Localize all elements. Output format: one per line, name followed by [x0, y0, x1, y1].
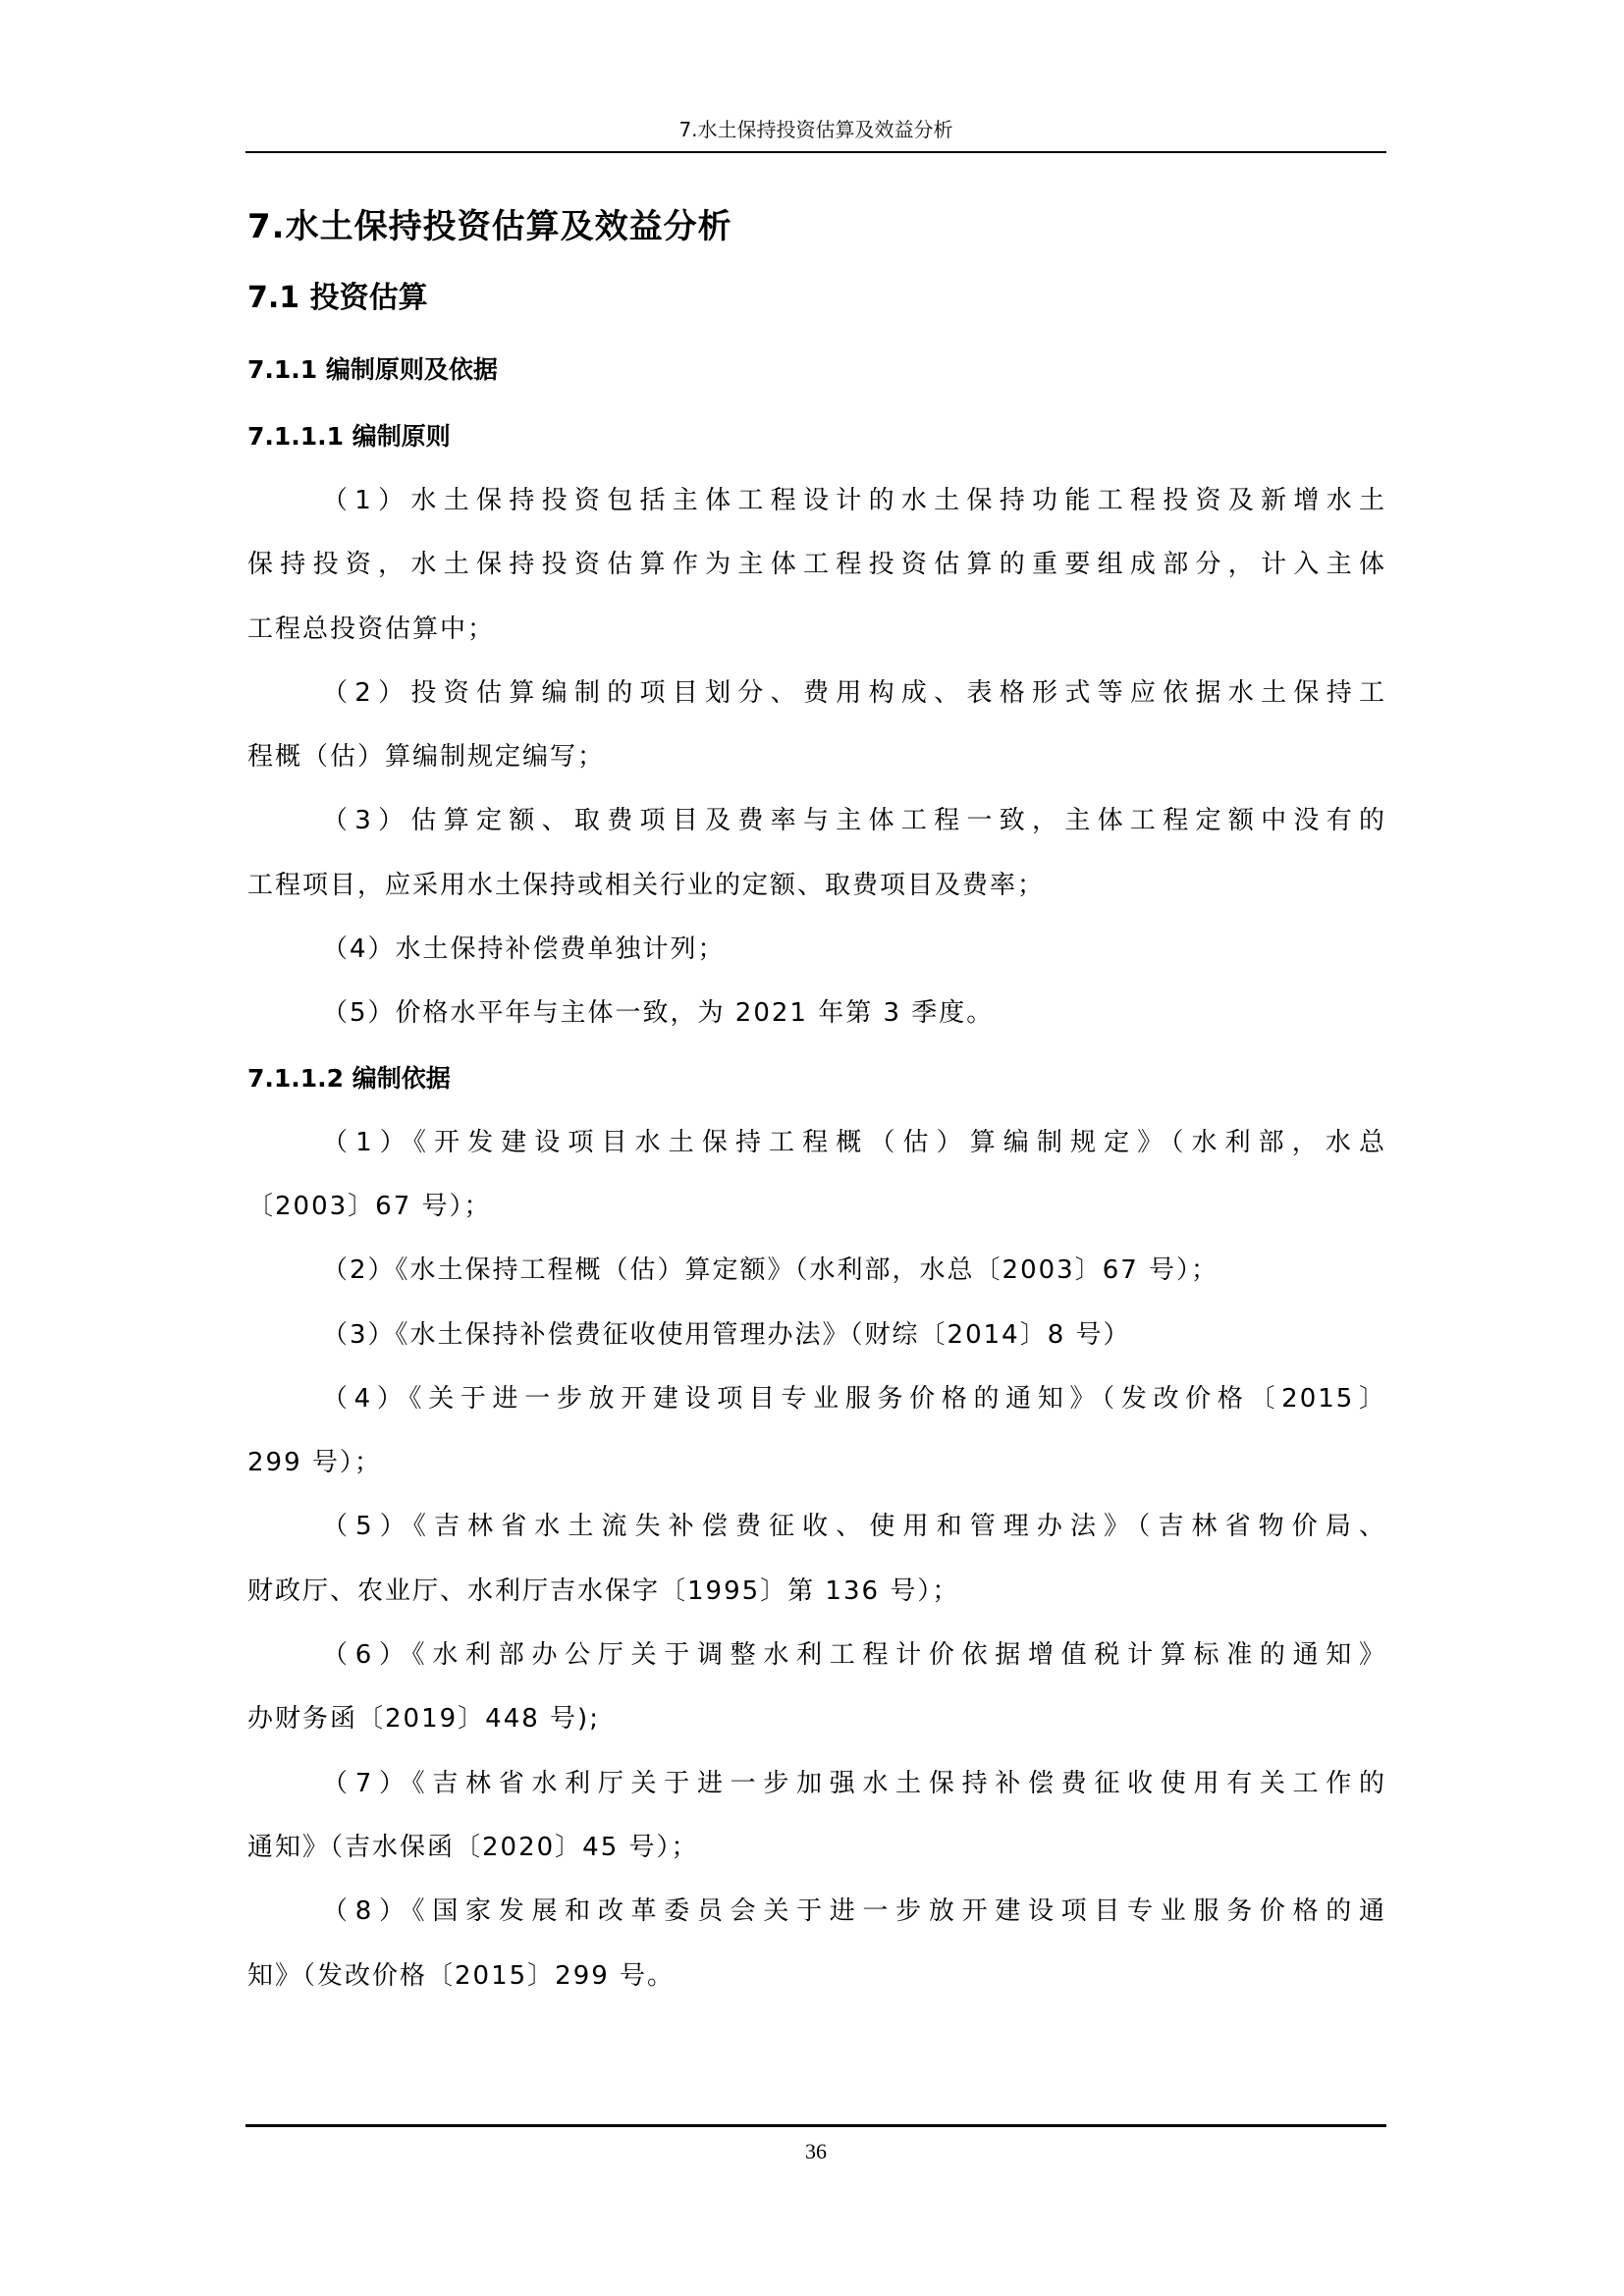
text-line: 〔2003〕67 号）；: [247, 1175, 1386, 1239]
text-line: 程概（估）算编制规定编写；: [247, 725, 1386, 789]
principle-item-5: （5）价格水平年与主体一致，为 2021 年第 3 季度。: [247, 982, 1386, 1045]
basis-item-6: （6）《水利部办公厅关于调整水利工程计价依据增值税计算标准的通知》 办财务函〔2…: [247, 1624, 1386, 1752]
basis-item-1: （1）《开发建设项目水土保持工程概（估）算编制规定》（水利部，水总 〔2003〕…: [247, 1111, 1386, 1240]
principle-item-1: （1）水土保持投资包括主体工程设计的水土保持功能工程投资及新增水土 保持投资，水…: [247, 469, 1386, 662]
running-header: 7.水土保持投资估算及效益分析: [245, 110, 1386, 149]
text-line: 财政厅、农业厅、水利厅吉水保字〔1995〕第 136 号）；: [247, 1560, 1386, 1624]
text-line: 知》（发改价格〔2015〕299 号。: [247, 1945, 1386, 2008]
text-line: 299 号）；: [247, 1431, 1386, 1495]
text-line: （5）《吉林省水土流失补偿费征收、使用和管理办法》（吉林省物价局、: [247, 1495, 1386, 1559]
text-line: （3）《水土保持补偿费征收使用管理办法》（财综〔2014〕8 号）: [247, 1304, 1386, 1367]
footer-rule: [245, 2124, 1386, 2127]
text-line: 通知》（吉水保函〔2020〕45 号）；: [247, 1816, 1386, 1880]
basis-item-3: （3）《水土保持补偿费征收使用管理办法》（财综〔2014〕8 号）: [247, 1304, 1386, 1367]
basis-item-7: （7）《吉林省水利厅关于进一步加强水土保持补偿费征收使用有关工作的 通知》（吉水…: [247, 1752, 1386, 1881]
principles-list: （1）水土保持投资包括主体工程设计的水土保持功能工程投资及新增水土 保持投资，水…: [247, 469, 1386, 1046]
text-line: （4）《关于进一步放开建设项目专业服务价格的通知》（发改价格〔2015〕: [247, 1367, 1386, 1431]
basis-item-2: （2）《水土保持工程概（估）算定额》（水利部，水总〔2003〕67 号）；: [247, 1239, 1386, 1303]
text-line: （2）《水土保持工程概（估）算定额》（水利部，水总〔2003〕67 号）；: [247, 1239, 1386, 1303]
text-line: 工程项目，应采用水土保持或相关行业的定额、取费项目及费率；: [247, 854, 1386, 918]
basis-item-4: （4）《关于进一步放开建设项目专业服务价格的通知》（发改价格〔2015〕 299…: [247, 1367, 1386, 1496]
text-line: （6）《水利部办公厅关于调整水利工程计价依据增值税计算标准的通知》: [247, 1624, 1386, 1687]
principle-item-3: （3）估算定额、取费项目及费率与主体工程一致，主体工程定额中没有的 工程项目，应…: [247, 789, 1386, 918]
basis-item-8: （8）《国家发展和改革委员会关于进一步放开建设项目专业服务价格的通 知》（发改价…: [247, 1880, 1386, 2008]
text-line: （7）《吉林省水利厅关于进一步加强水土保持补偿费征收使用有关工作的: [247, 1752, 1386, 1816]
text-line: 工程总投资估算中；: [247, 598, 1386, 662]
text-line: （1）水土保持投资包括主体工程设计的水土保持功能工程投资及新增水土: [247, 469, 1386, 533]
header-rule: [245, 151, 1386, 153]
basis-list: （1）《开发建设项目水土保持工程概（估）算编制规定》（水利部，水总 〔2003〕…: [247, 1111, 1386, 2008]
subsection-title: 7.1.1 编制原则及依据: [247, 336, 1386, 404]
basis-heading: 7.1.1.2 编制依据: [247, 1046, 1386, 1111]
text-line: 办财务函〔2019〕448 号);: [247, 1687, 1386, 1751]
text-line: （8）《国家发展和改革委员会关于进一步放开建设项目专业服务价格的通: [247, 1880, 1386, 1944]
document-body: 7.水土保持投资估算及效益分析 7.1 投资估算 7.1.1 编制原则及依据 7…: [247, 192, 1386, 2008]
text-line: （2）投资估算编制的项目划分、费用构成、表格形式等应依据水土保持工: [247, 662, 1386, 725]
page-number: 36: [245, 2134, 1386, 2169]
text-line: （4）水土保持补偿费单独计列；: [247, 918, 1386, 982]
principles-heading: 7.1.1.1 编制原则: [247, 404, 1386, 469]
principle-item-4: （4）水土保持补偿费单独计列；: [247, 918, 1386, 982]
text-line: 保持投资，水土保持投资估算作为主体工程投资估算的重要组成部分，计入主体: [247, 533, 1386, 597]
text-line: （3）估算定额、取费项目及费率与主体工程一致，主体工程定额中没有的: [247, 789, 1386, 853]
section-title: 7.1 投资估算: [247, 261, 1386, 336]
text-line: （1）《开发建设项目水土保持工程概（估）算编制规定》（水利部，水总: [247, 1111, 1386, 1175]
text-line: （5）价格水平年与主体一致，为 2021 年第 3 季度。: [247, 982, 1386, 1045]
basis-item-5: （5）《吉林省水土流失补偿费征收、使用和管理办法》（吉林省物价局、 财政厅、农业…: [247, 1495, 1386, 1624]
chapter-title: 7.水土保持投资估算及效益分析: [247, 192, 1386, 261]
principle-item-2: （2）投资估算编制的项目划分、费用构成、表格形式等应依据水土保持工 程概（估）算…: [247, 662, 1386, 790]
